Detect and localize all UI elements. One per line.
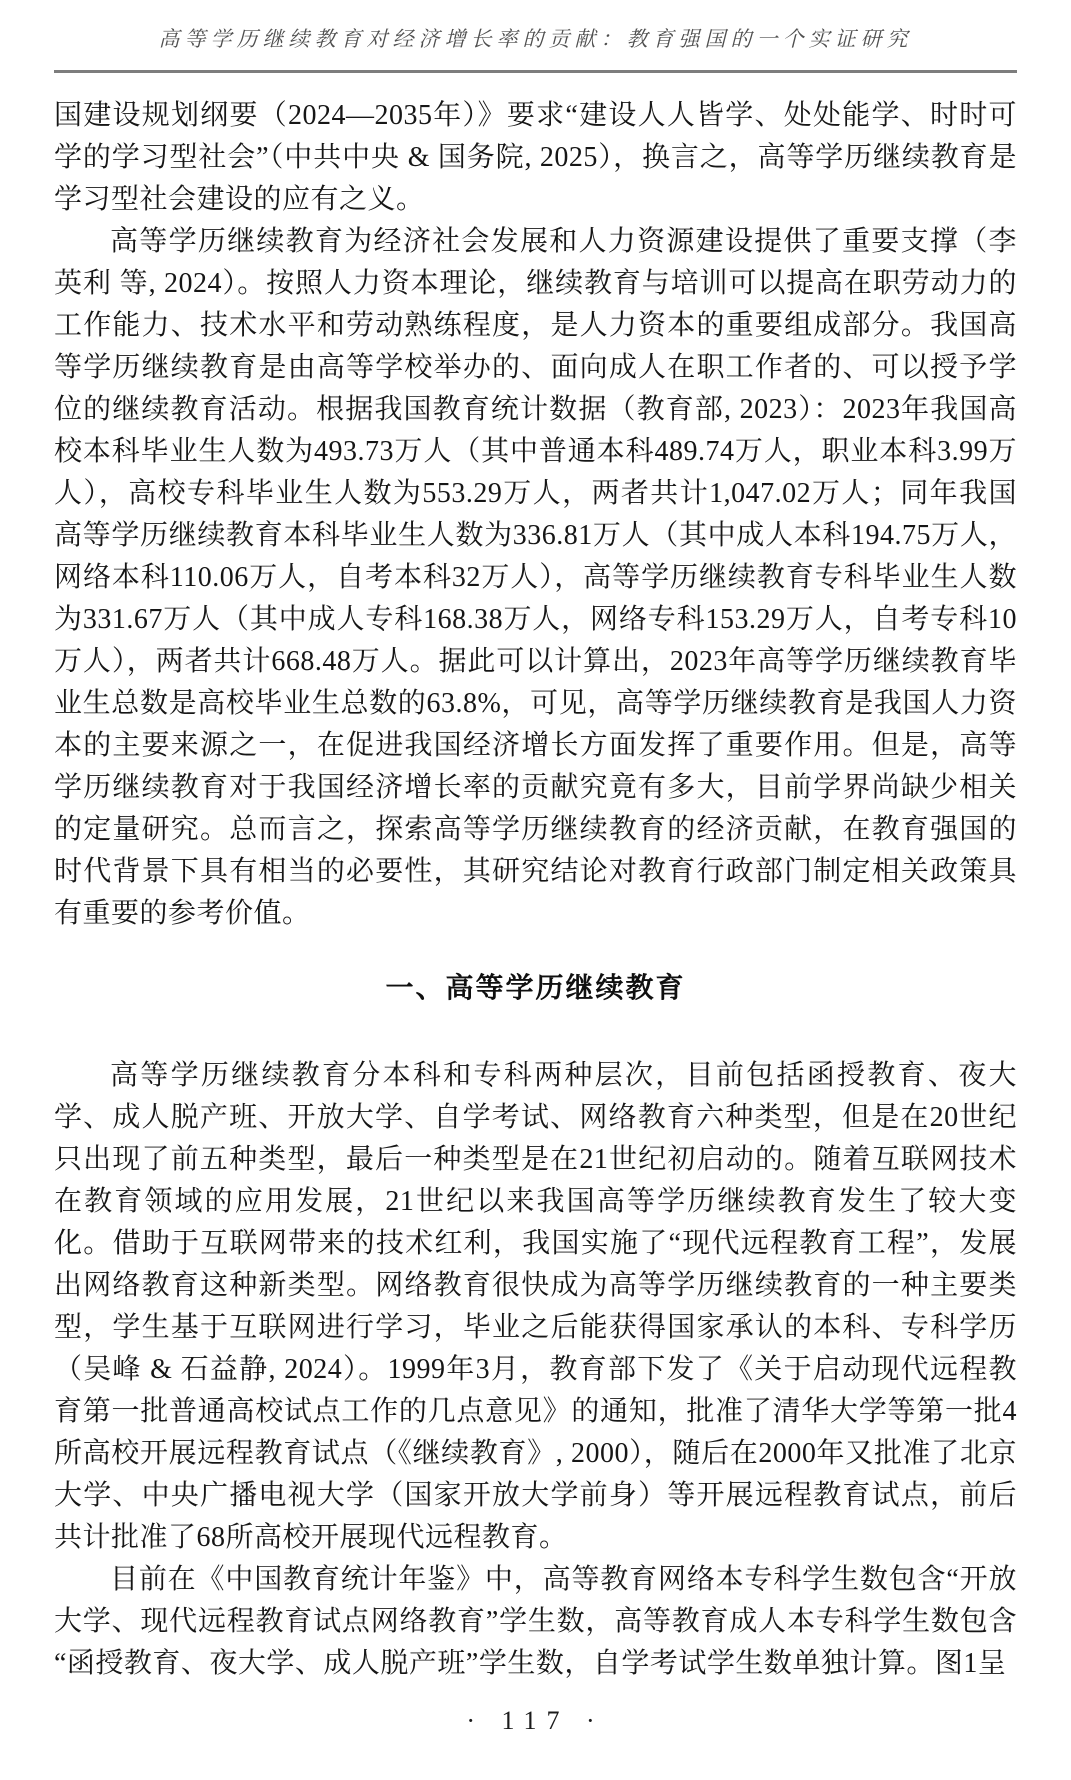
paragraph: 目前在《中国教育统计年鉴》中，高等教育网络本专科学生数包含“开放大学、现代远程教… [54,1559,1017,1685]
running-title: 高等学历继续教育对经济增长率的贡献：教育强国的一个实证研究 [54,26,1017,52]
document-page: 高等学历继续教育对经济增长率的贡献：教育强国的一个实证研究 国建设规划纲要（20… [0,0,1071,1780]
page-body: 国建设规划纲要（2024—2035年）》要求“建设人人皆学、处处能学、时时可学的… [54,95,1017,1685]
paragraph: 高等学历继续教育为经济社会发展和人力资源建设提供了重要支撑（李英利 等, 202… [54,221,1017,935]
paragraph: 高等学历继续教育分本科和专科两种层次，目前包括函授教育、夜大学、成人脱产班、开放… [54,1055,1017,1559]
header-rule [54,70,1017,73]
page-footer: · 117 · [0,1706,1071,1736]
paragraph-continuation: 国建设规划纲要（2024—2035年）》要求“建设人人皆学、处处能学、时时可学的… [54,95,1017,221]
page-number: · 117 · [0,1706,1071,1736]
section-heading: 一、高等学历继续教育 [54,967,1017,1009]
page-header: 高等学历继续教育对经济增长率的贡献：教育强国的一个实证研究 [54,0,1017,73]
